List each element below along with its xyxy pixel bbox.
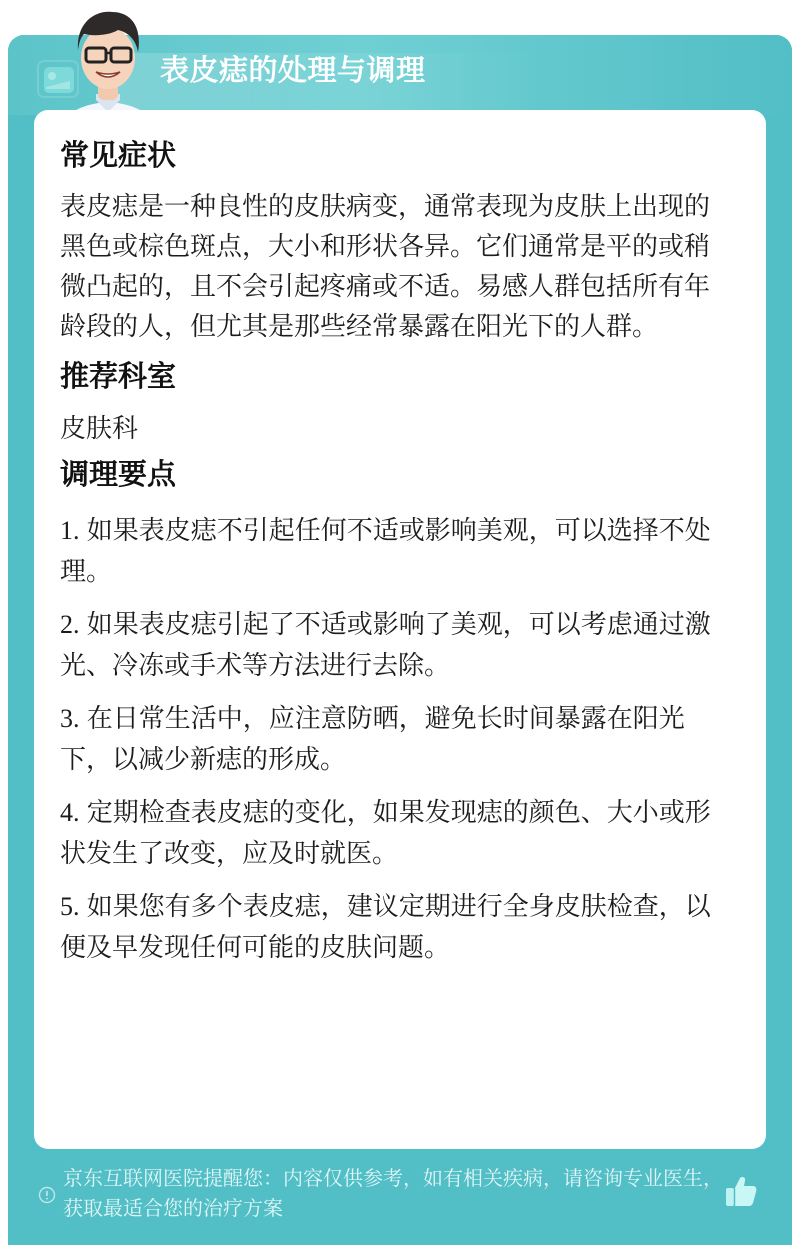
footer-disclaimer: 京东互联网医院提醒您：内容仅供参考，如有相关疾病，请咨询专业医生，获取最适合您的…: [8, 1150, 792, 1245]
symptoms-text: 表皮痣是一种良性的皮肤病变，通常表现为皮肤上出现的黑色或棕色斑点，大小和形状各异…: [60, 186, 730, 346]
care-tip-item: 1. 如果表皮痣不引起任何不适或影响美观，可以选择不处理。: [60, 510, 730, 591]
care-tip-item: 4. 定期检查表皮痣的变化，如果发现痣的颜色、大小或形状发生了改变，应及时就医。: [60, 792, 730, 873]
disclaimer-text: 京东互联网医院提醒您：内容仅供参考，如有相关疾病，请咨询专业医生，获取最适合您的…: [63, 1164, 733, 1224]
thumbs-up-icon[interactable]: [724, 1174, 758, 1208]
content-card: 常见症状 表皮痣是一种良性的皮肤病变，通常表现为皮肤上出现的黑色或棕色斑点，大小…: [34, 110, 766, 1149]
page-title: 表皮痣的处理与调理: [160, 51, 426, 91]
article-panel: 表皮痣的处理与调理 常见症状 表皮痣是一种良性的皮肤病变，通常表现为皮肤上出现的…: [8, 35, 792, 1245]
section-heading-care-tips: 调理要点: [60, 454, 730, 496]
care-tip-item: 5. 如果您有多个表皮痣，建议定期进行全身皮肤检查，以便及早发现任何可能的皮肤问…: [60, 886, 730, 967]
care-tip-item: 2. 如果表皮痣引起了不适或影响了美观，可以考虑通过激光、冷冻或手术等方法进行去…: [60, 604, 730, 685]
article-content: 常见症状 表皮痣是一种良性的皮肤病变，通常表现为皮肤上出现的黑色或棕色斑点，大小…: [60, 135, 730, 980]
department-text: 皮肤科: [60, 408, 730, 448]
section-heading-department: 推荐科室: [60, 356, 730, 398]
info-circle-icon: [38, 1186, 56, 1204]
care-tip-item: 3. 在日常生活中，应注意防晒，避免长时间暴露在阳光下，以减少新痣的形成。: [60, 698, 730, 779]
section-heading-symptoms: 常见症状: [60, 135, 730, 177]
